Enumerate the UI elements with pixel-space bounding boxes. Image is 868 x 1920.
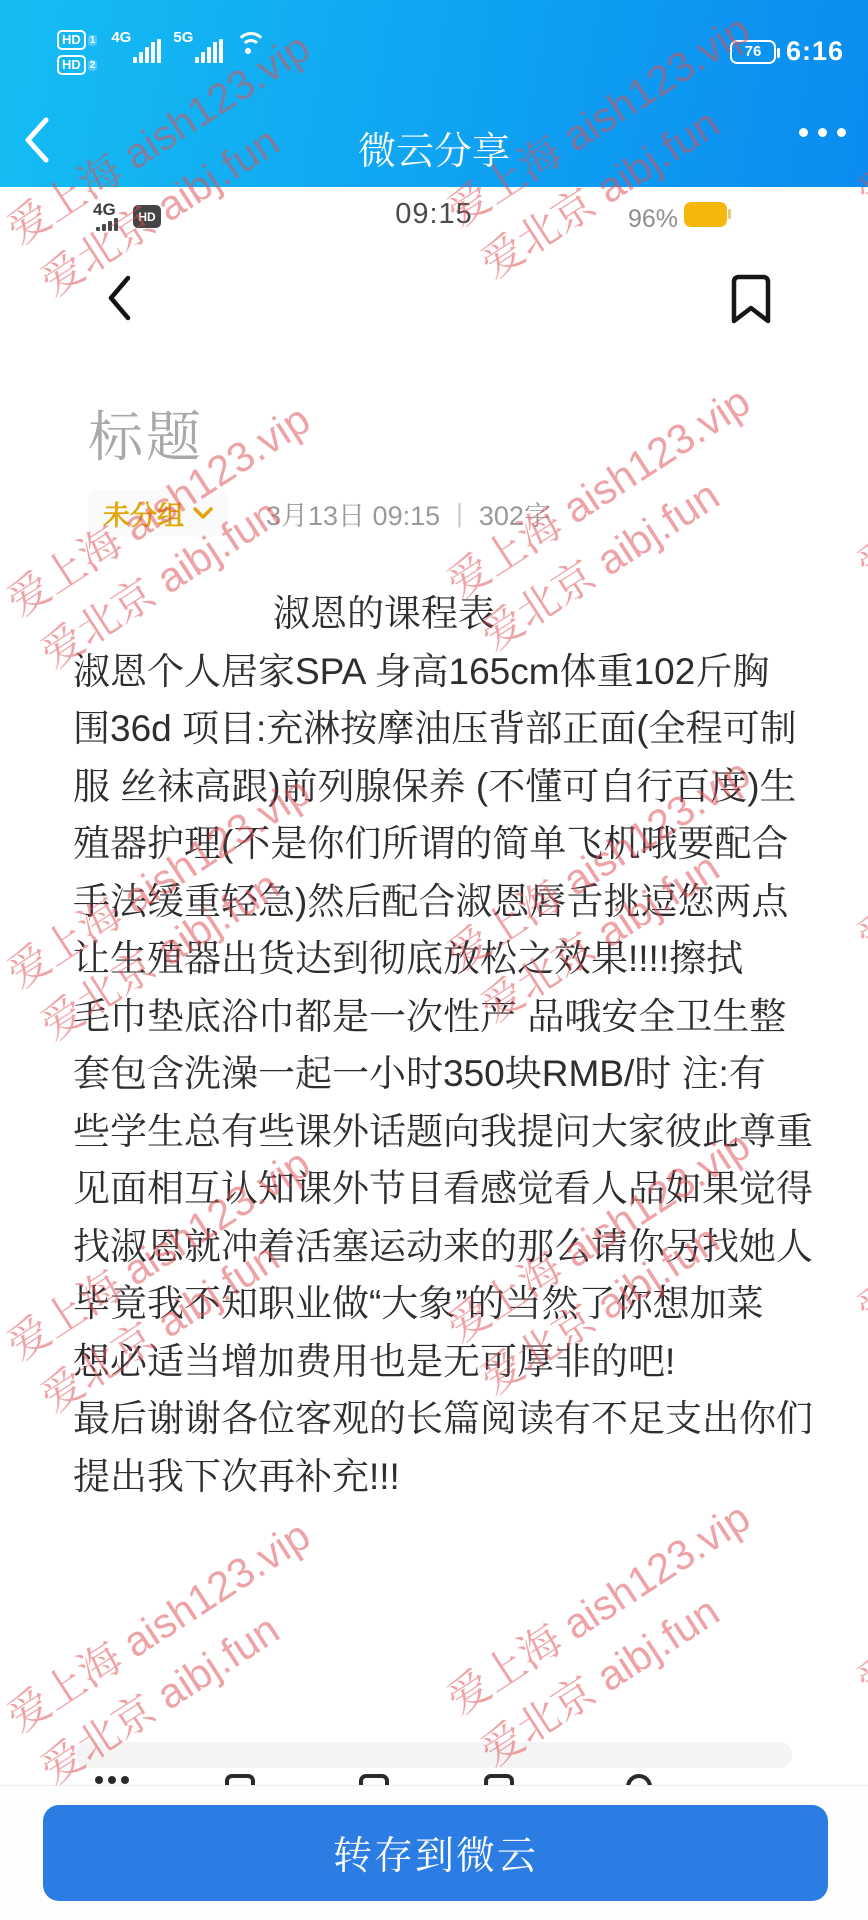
note-body-line: 服 丝袜高跟)前列腺保养 (不懂可自行百度)生 bbox=[73, 758, 810, 816]
screen: HD 1 HD 2 4G 5G bbox=[0, 0, 868, 1920]
meta-separator: | bbox=[456, 498, 463, 529]
note-date: 3月13日 09:15 bbox=[266, 494, 440, 533]
note-body-line: 殖器护理(不是你们所谓的简单飞机哦要配合 bbox=[73, 815, 810, 873]
hd2-sim-number: 2 bbox=[88, 60, 98, 71]
signal-5g: 5G bbox=[173, 30, 223, 63]
tag-label: 未分组 bbox=[103, 494, 184, 533]
app-header: HD 1 HD 2 4G 5G bbox=[0, 0, 868, 187]
note-body-line: 最后谢谢各位客观的长篇阅读有不足支出你们 bbox=[73, 1390, 810, 1448]
note-word-count: 302字 bbox=[479, 494, 551, 533]
note-title-placeholder: 标题 bbox=[88, 393, 204, 472]
inner-back-icon bbox=[104, 275, 134, 321]
hd1-sim-number: 1 bbox=[88, 35, 98, 46]
inner-toolbar-icons bbox=[0, 1774, 868, 1786]
page-title: 微云分享 bbox=[0, 120, 868, 175]
inner-toolbar-bar bbox=[76, 1742, 792, 1768]
note-body: 淑恩的课程表淑恩个人居家SPA 身高165cm体重102斤胸围36d 项目:充淋… bbox=[73, 585, 810, 1505]
toolbar-icon bbox=[359, 1774, 389, 1786]
note-body-line: 淑恩个人居家SPA 身高165cm体重102斤胸 bbox=[73, 643, 810, 701]
hd-badges: HD 1 HD 2 bbox=[57, 30, 97, 75]
toolbar-clock-icon bbox=[626, 1774, 652, 1786]
hd2-icon: HD bbox=[57, 55, 86, 75]
save-to-weiyun-button[interactable]: 转存到微云 bbox=[43, 1805, 828, 1901]
note-body-line: 提出我下次再补充!!! bbox=[73, 1448, 810, 1506]
note-body-line: 套包含洗澡一起一小时350块RMB/时 注:有 bbox=[73, 1045, 810, 1103]
bookmark-icon bbox=[730, 273, 772, 325]
net-5g-label: 5G bbox=[173, 30, 193, 45]
toolbar-icon bbox=[225, 1774, 255, 1786]
status-bar-right: 76 6:16 bbox=[730, 36, 844, 67]
wifi-icon bbox=[235, 32, 267, 58]
note-meta-row: 未分组 3月13日 09:15 | 302字 bbox=[88, 490, 551, 536]
shared-note-image[interactable]: 4G HD 09:15 96% 标题 未分组 3月13日 09:15 | 302… bbox=[0, 187, 868, 1786]
signal-bars-icon bbox=[195, 39, 223, 63]
note-body-line: 毕竟我不知职业做“大象”的当然了你想加菜 bbox=[73, 1275, 810, 1333]
status-bar-left: HD 1 HD 2 4G 5G bbox=[57, 30, 267, 75]
note-body-line: 让生殖器出货达到彻底放松之效果!!!!擦拭 bbox=[73, 930, 810, 988]
hd1-icon: HD bbox=[57, 30, 86, 50]
hd2-badge: HD 2 bbox=[57, 55, 97, 75]
note-body-line: 手法缓重轻急)然后配合淑恩唇舌挑逗您两点 bbox=[73, 873, 810, 931]
hd1-badge: HD 1 bbox=[57, 30, 97, 50]
note-group-tag: 未分组 bbox=[88, 490, 228, 536]
status-time: 6:16 bbox=[786, 36, 844, 67]
note-body-line: 想必适当增加费用也是无可厚非的吧! bbox=[73, 1333, 810, 1391]
note-body-line: 毛巾垫底浴巾都是一次性产 品哦安全卫生整 bbox=[73, 988, 810, 1046]
net-4g-label: 4G bbox=[111, 30, 131, 45]
toolbar-dots-icon bbox=[95, 1776, 129, 1784]
toolbar-icon bbox=[484, 1774, 514, 1786]
note-body-line: 见面相互认知课外节目看感觉看人品如果觉得 bbox=[73, 1160, 810, 1218]
note-body-line: 些学生总有些课外话题向我提问大家彼此尊重 bbox=[73, 1103, 810, 1161]
note-body-line: 淑恩的课程表 bbox=[73, 585, 810, 643]
battery-icon: 76 bbox=[730, 40, 776, 64]
signal-bars-icon bbox=[133, 39, 161, 63]
page-footer: 转存到微云 bbox=[0, 1786, 868, 1920]
note-body-line: 找淑恩就冲着活塞运动来的那么请你另找她人 bbox=[73, 1218, 810, 1276]
more-options-icon[interactable] bbox=[799, 128, 846, 137]
signal-4g: 4G bbox=[111, 30, 161, 63]
note-body-line: 围36d 项目:充淋按摩油压背部正面(全程可制 bbox=[73, 700, 810, 758]
inner-status-time: 09:15 bbox=[0, 198, 868, 231]
inner-battery-percent: 96% bbox=[628, 205, 678, 234]
inner-battery-icon bbox=[684, 202, 727, 227]
chevron-down-icon bbox=[193, 507, 213, 519]
